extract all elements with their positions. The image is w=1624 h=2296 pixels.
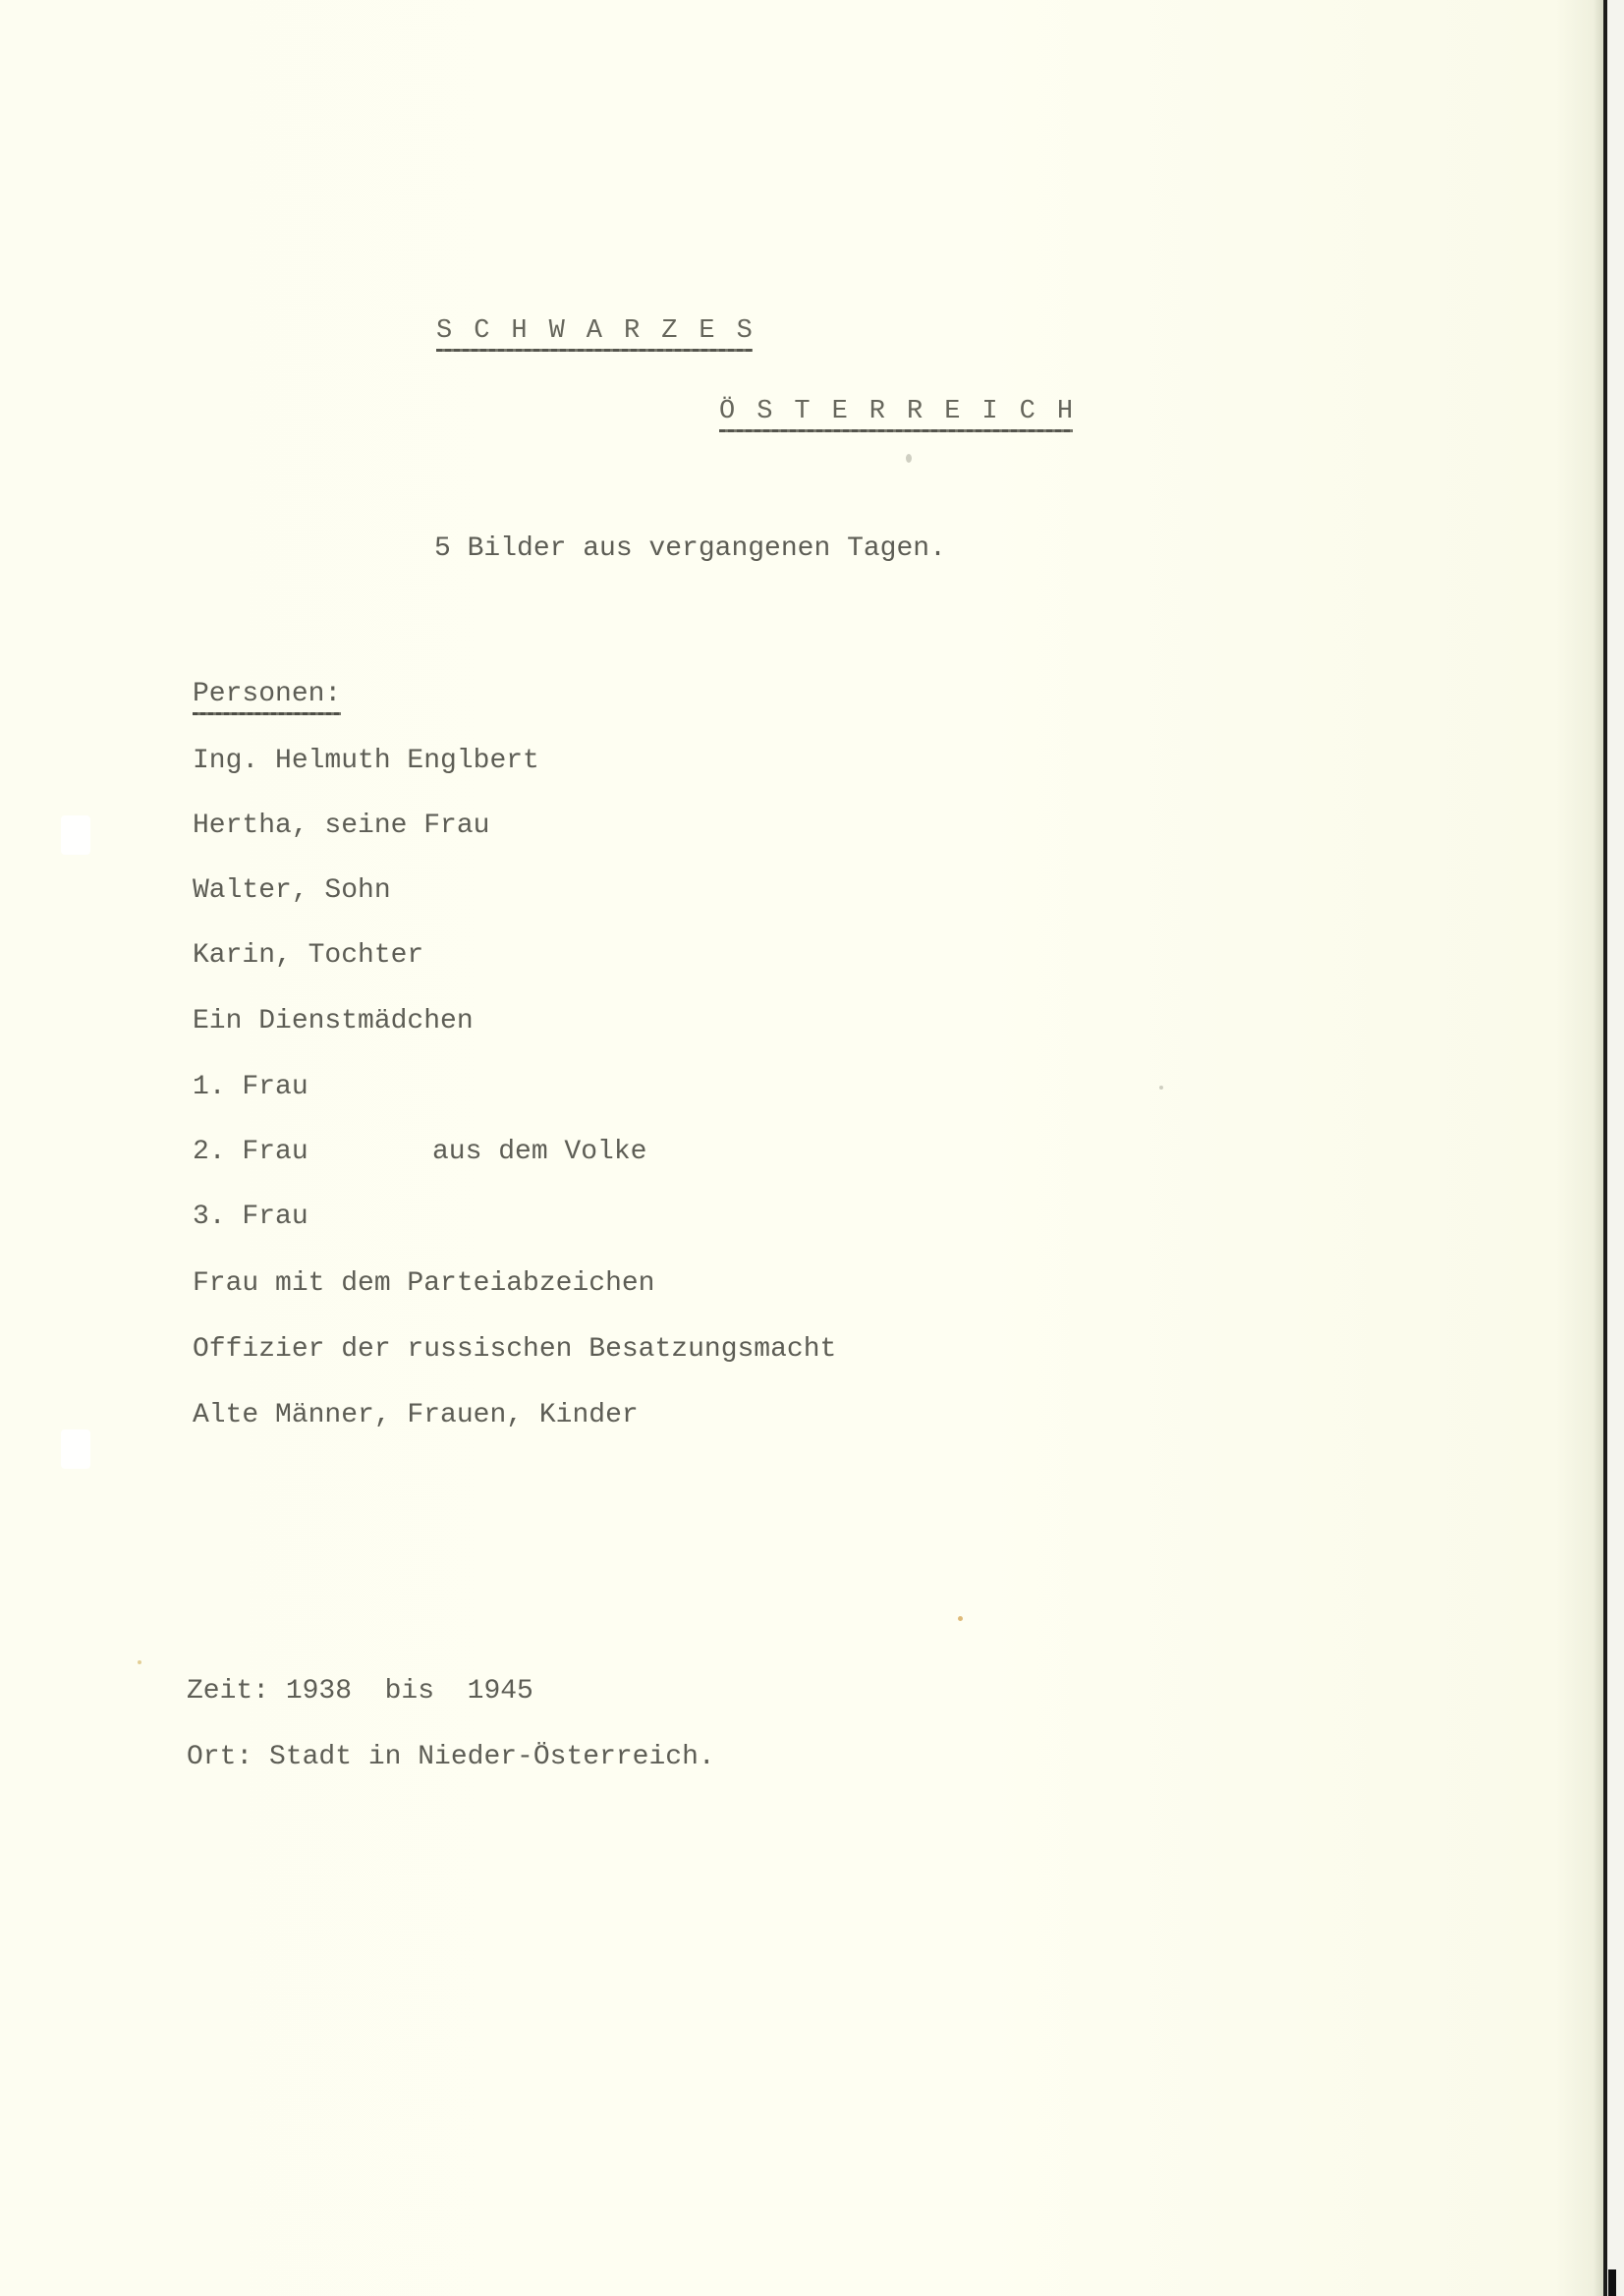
time-setting: Zeit: 1938 bis 1945	[187, 1675, 533, 1708]
cast-item: Frau mit dem Parteiabzeichen	[193, 1267, 654, 1301]
cast-item: Alte Männer, Frauen, Kinder	[193, 1399, 639, 1432]
cast-item: Karin, Tochter	[193, 939, 423, 973]
scan-corner-mark	[1608, 2269, 1616, 2296]
cast-item: Ein Dienstmädchen	[193, 1005, 474, 1038]
ink-speck	[906, 454, 912, 463]
cast-item: 2. Frau	[193, 1136, 308, 1169]
cast-group-note: aus dem Volke	[432, 1136, 646, 1169]
place-setting: Ort: Stadt in Nieder-Österreich.	[187, 1741, 715, 1774]
paper-blemish	[61, 815, 90, 855]
ink-speck	[138, 1660, 141, 1664]
cast-item: Ing. Helmuth Englbert	[193, 745, 539, 778]
paper-blemish	[61, 1429, 90, 1469]
cast-item: 3. Frau	[193, 1201, 308, 1234]
page-edge-shadow	[1594, 0, 1603, 2296]
subtitle: 5 Bilder aus vergangenen Tagen.	[434, 532, 946, 566]
title-line-2: ÖSTERREICH	[719, 397, 1094, 426]
scan-margin	[1607, 0, 1624, 2296]
cast-heading: Personen:	[193, 678, 341, 711]
ink-speck	[1159, 1086, 1163, 1090]
cast-item: Walter, Sohn	[193, 874, 391, 908]
ink-speck	[958, 1616, 963, 1621]
cast-item: Hertha, seine Frau	[193, 810, 489, 843]
typewritten-page: SCHWARZES ÖSTERREICH 5 Bilder aus vergan…	[0, 0, 1603, 2296]
title-line-1: SCHWARZES	[436, 316, 774, 346]
cast-item: 1. Frau	[193, 1071, 308, 1104]
cast-item: Offizier der russischen Besatzungsmacht	[193, 1333, 836, 1367]
